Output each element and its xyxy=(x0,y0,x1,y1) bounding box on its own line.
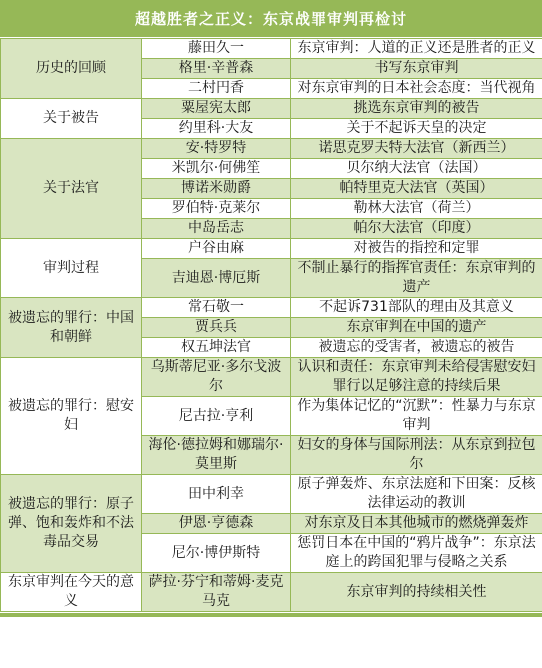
table-row: 被遗忘的罪行：中国和朝鲜 常石敬一 不起诉731部队的理由及其意义 xyxy=(1,298,542,318)
section-cell: 关于被告 xyxy=(1,99,142,139)
author-cell: 吉迪恩·博厄斯 xyxy=(142,259,291,298)
chapter-title-cell: 惩罚日本在中国的“鸦片战争”：东京法庭上的跨国犯罪与侵略之关系 xyxy=(291,534,542,573)
author-cell: 田中利幸 xyxy=(142,475,291,514)
section-cell: 被遗忘的罪行：慰安妇 xyxy=(1,358,142,475)
chapter-title-cell: 东京审判：人道的正义还是胜者的正义 xyxy=(291,39,542,59)
chapter-title-cell: 帕特里克大法官（英国） xyxy=(291,179,542,199)
author-cell: 安·特罗特 xyxy=(142,139,291,159)
author-cell: 常石敬一 xyxy=(142,298,291,318)
author-cell: 约里科·大友 xyxy=(142,119,291,139)
section-cell: 审判过程 xyxy=(1,239,142,298)
table-row: 被遗忘的罪行：原子弹、饱和轰炸和不法毒品交易 田中利幸 原子弹轰炸、东京法庭和下… xyxy=(1,475,542,514)
chapter-title-cell: 对东京审判的日本社会态度：当代视角 xyxy=(291,79,542,99)
section-cell: 被遗忘的罪行：原子弹、饱和轰炸和不法毒品交易 xyxy=(1,475,142,573)
chapter-title-cell: 原子弹轰炸、东京法庭和下田案：反核法律运动的教训 xyxy=(291,475,542,514)
author-cell: 萨拉·芬宁和蒂姆·麦克马克 xyxy=(142,573,291,612)
chapter-title-cell: 挑选东京审判的被告 xyxy=(291,99,542,119)
table-title: 超越胜者之正义：东京战罪审判再检讨 xyxy=(0,0,542,37)
table-row: 审判过程 户谷由麻 对被告的指控和定罪 xyxy=(1,239,542,259)
chapter-title-cell: 诺思克罗夫特大法官（新西兰） xyxy=(291,139,542,159)
section-cell: 历史的回顾 xyxy=(1,39,142,99)
author-cell: 博诺米勋爵 xyxy=(142,179,291,199)
author-cell: 罗伯特·克莱尔 xyxy=(142,199,291,219)
chapter-title-cell: 东京审判的持续相关性 xyxy=(291,573,542,612)
table-row: 东京审判在今天的意义 萨拉·芬宁和蒂姆·麦克马克 东京审判的持续相关性 xyxy=(1,573,542,612)
chapter-title-cell: 关于不起诉天皇的决定 xyxy=(291,119,542,139)
chapter-title-cell: 不制止暴行的指挥官责任：东京审判的遗产 xyxy=(291,259,542,298)
section-cell: 关于法官 xyxy=(1,139,142,239)
chapter-title-cell: 不起诉731部队的理由及其意义 xyxy=(291,298,542,318)
chapter-title-cell: 勒林大法官（荷兰） xyxy=(291,199,542,219)
author-cell: 乌斯蒂尼亚·多尔戈波尔 xyxy=(142,358,291,397)
table-row: 历史的回顾 藤田久一 东京审判：人道的正义还是胜者的正义 xyxy=(1,39,542,59)
author-cell: 伊恩·亨德森 xyxy=(142,514,291,534)
chapter-title-cell: 对被告的指控和定罪 xyxy=(291,239,542,259)
section-cell: 被遗忘的罪行：中国和朝鲜 xyxy=(1,298,142,358)
author-cell: 权五坤法官 xyxy=(142,338,291,358)
chapter-title-cell: 妇女的身体与国际刑法：从东京到拉包尔 xyxy=(291,436,542,475)
table-row: 被遗忘的罪行：慰安妇 乌斯蒂尼亚·多尔戈波尔 认识和责任：东京审判未给侵害慰安妇… xyxy=(1,358,542,397)
author-cell: 中岛岳志 xyxy=(142,219,291,239)
author-cell: 贾兵兵 xyxy=(142,318,291,338)
section-cell: 东京审判在今天的意义 xyxy=(1,573,142,612)
book-contents-table: 历史的回顾 藤田久一 东京审判：人道的正义还是胜者的正义 格里·辛普森 书写东京… xyxy=(0,38,542,612)
chapter-title-cell: 对东京及日本其他城市的燃烧弹轰炸 xyxy=(291,514,542,534)
chapter-title-cell: 东京审判在中国的遗产 xyxy=(291,318,542,338)
chapter-title-cell: 认识和责任：东京审判未给侵害慰安妇罪行以足够注意的持续后果 xyxy=(291,358,542,397)
author-cell: 藤田久一 xyxy=(142,39,291,59)
author-cell: 二村円香 xyxy=(142,79,291,99)
chapter-title-cell: 书写东京审判 xyxy=(291,59,542,79)
chapter-title-cell: 被遗忘的受害者，被遗忘的被告 xyxy=(291,338,542,358)
author-cell: 格里·辛普森 xyxy=(142,59,291,79)
chapter-title-cell: 贝尔纳大法官（法国） xyxy=(291,159,542,179)
chapter-title-cell: 帕尔大法官（印度） xyxy=(291,219,542,239)
table-row: 关于法官 安·特罗特 诺思克罗夫特大法官（新西兰） xyxy=(1,139,542,159)
author-cell: 海伦·德拉姆和娜瑞尔·莫里斯 xyxy=(142,436,291,475)
author-cell: 尼古拉·亨利 xyxy=(142,397,291,436)
table-bottom-border xyxy=(0,613,542,617)
author-cell: 粟屋宪太郎 xyxy=(142,99,291,119)
author-cell: 尼尔·博伊斯特 xyxy=(142,534,291,573)
author-cell: 米凯尔·何佛笙 xyxy=(142,159,291,179)
table-row: 关于被告 粟屋宪太郎 挑选东京审判的被告 xyxy=(1,99,542,119)
chapter-title-cell: 作为集体记忆的“沉默”：性暴力与东京审判 xyxy=(291,397,542,436)
author-cell: 户谷由麻 xyxy=(142,239,291,259)
